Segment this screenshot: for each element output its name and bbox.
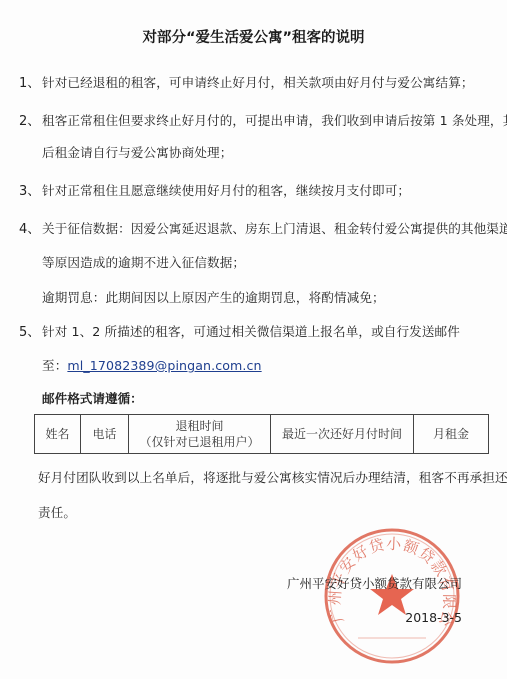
item-number-3: 3、 xyxy=(19,180,40,199)
item-3-line-1: 针对正常租住且愿意继续使用好月付的租客，继续按月支付即可； xyxy=(42,180,410,199)
item-number-4: 4、 xyxy=(19,218,40,237)
document-title: 对部分“爱生活爱公寓”租客的说明 xyxy=(0,26,507,47)
closing-line-1: 好月付团队收到以上名单后，将逐批与爱公寓核实情况后办理结清，租客不再承担还款 xyxy=(38,467,507,486)
table-header-row: 姓名 电话 退租时间 （仅针对已退租用户） 最近一次还好月付时间 月租金 xyxy=(35,415,489,454)
item-5-line-1: 针对 1、2 所描述的租客，可通过相关微信渠道上报名单，或自行发送邮件 xyxy=(42,321,460,340)
email-format-table: 姓名 电话 退租时间 （仅针对已退租用户） 最近一次还好月付时间 月租金 xyxy=(34,414,489,454)
email-line: 至：ml_17082389@pingan.com.cn xyxy=(42,355,262,374)
col-phone: 电话 xyxy=(81,415,129,454)
item-2-line-1: 租客正常租住但要求终止好月付的，可提出申请，我们收到申请后按第 1 条处理，其 xyxy=(42,110,507,129)
item-4-line-1: 关于征信数据：因爱公寓延迟退款、房东上门清退、租金转付爱公寓提供的其他渠道 xyxy=(42,218,507,237)
col-monthly-rent: 月租金 xyxy=(414,415,489,454)
company-signature: 广州平安好贷小额贷款有限公司 xyxy=(287,574,462,592)
format-label: 邮件格式请遵循： xyxy=(42,388,143,407)
item-number-2: 2、 xyxy=(19,110,40,129)
col-checkout-time: 退租时间 （仅针对已退租用户） xyxy=(129,415,271,454)
item-number-5: 5、 xyxy=(19,321,40,340)
item-2-line-2: 后租金请自行与爱公寓协商处理； xyxy=(42,142,232,161)
item-4-line-2: 等原因造成的逾期不进入征信数据； xyxy=(42,252,245,271)
col-last-payment-time: 最近一次还好月付时间 xyxy=(271,415,414,454)
col-checkout-time-note: （仅针对已退租用户） xyxy=(129,434,270,450)
item-1-line-1: 针对已经退租的租客，可申请终止好月付，相关款项由好月付与爱公寓结算； xyxy=(42,72,474,91)
email-prefix: 至： xyxy=(42,358,67,373)
col-checkout-time-label: 退租时间 xyxy=(129,418,270,434)
company-seal-icon: 广州平安好贷小额贷款有限公司 xyxy=(322,526,462,666)
item-number-1: 1、 xyxy=(19,72,40,91)
signature-date: 2018-3-5 xyxy=(405,610,462,625)
item-4-line-3: 逾期罚息：此期间因以上原因产生的逾期罚息，将酌情减免； xyxy=(42,287,385,306)
col-name: 姓名 xyxy=(35,415,81,454)
closing-line-2: 责任。 xyxy=(38,502,76,521)
email-link[interactable]: ml_17082389@pingan.com.cn xyxy=(67,358,261,373)
